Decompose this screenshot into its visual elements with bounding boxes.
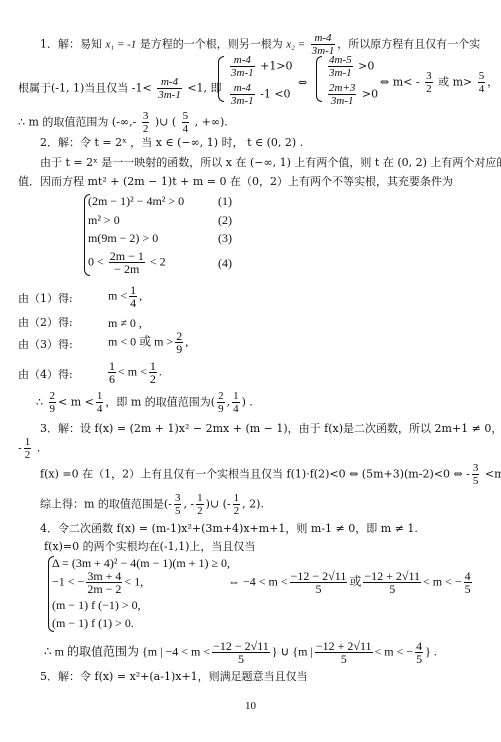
numerator: 4m-5 [328,54,353,67]
numerator: m-4 [230,54,255,67]
fraction: 12 [233,492,241,517]
denominator: 9 [175,343,183,355]
text: ) . [242,396,253,409]
fraction: 14 [96,390,104,415]
numerator: 3 [174,492,182,505]
fraction: m-43m-1 [230,54,255,79]
text: 综上得：m 的取值范围是(- [40,498,172,511]
numerator: 1 [196,492,204,505]
denominator: 3m-1 [328,95,356,107]
p1-sys1-row2: m-43m-1 -1 <0 [228,82,291,107]
numerator: 1 [233,492,241,505]
numerator: 3 [425,70,433,83]
text: < m < − [423,574,462,588]
p3-line4: 综上得：m 的取值范围是(-35, -12)∪ (-12, 2). [40,492,264,517]
text: , [139,288,142,302]
p2-line3: 值．因而方程 mt² + (2m − 1)t + m = 0 在（0，2）上有两… [18,175,453,189]
denominator: 5 [415,653,423,665]
p2-derive-4: 16< m <12. [106,360,162,385]
fraction: 14 [129,284,137,309]
p4-sys-row4: (m − 1) f (1) > 0. [52,616,134,630]
fraction: 45 [464,570,472,595]
p1-sys2-row2: 2m+33m-1 >0 [326,82,378,107]
numerator: m-4 [230,82,255,95]
text: , 2). [242,498,264,511]
numerator: 2m+3 [328,82,356,95]
text: < m < − [375,644,414,658]
p4-sys-row1: Δ = (3m + 4)² − 4(m − 1)(m + 1) ≥ 0, [52,556,230,570]
numerator: m-4 [157,76,182,89]
p4-sys-row2: −1 < −3m + 42m − 2< 1, [52,570,143,595]
numerator: 3 [142,110,150,123]
denominator: 5 [290,583,348,595]
p1-iff: ⇔ [298,76,307,90]
p1-sys2-row1: 4m-53m-1 >0 [326,54,374,79]
p4-line2: f(x)=0 的两个实根均在(-1,1)上，当且仅当 [44,540,255,554]
text: ∴ m 的取值范围为 {m | −4 < m < [44,644,210,658]
p2-cond-3: m(9m − 2) > 0 [88,231,158,245]
p2-derive-1: m <14, [108,284,142,309]
fraction: 35 [472,462,480,487]
text: 或 [349,574,361,588]
denominator: 5 [174,505,182,517]
numerator: m-4 [311,32,336,45]
denominator: 2 [149,373,157,385]
page-number: 10 [0,700,501,712]
p3-line1: 3．解：设 f(x) = (2m + 1)x² − 2mx + (m − 1)，… [40,422,501,436]
denominator: 2 [425,83,433,95]
denominator: 3m-1 [230,67,255,79]
p2-line2: 由于 t = 2ˣ 是一一映射的函数，所以 x 在 (−∞, 1) 上有两个值，… [40,156,501,170]
denominator: 5 [472,475,480,487]
p2-cond-2-tag: (2) [218,213,232,227]
denominator: 9 [49,403,57,415]
p2-cond-1-tag: (1) [218,194,232,208]
text: 1．解：易知 [40,38,106,51]
numerator: 3 [472,462,480,475]
text: )∪ (- [206,498,231,511]
fraction: 14 [232,390,240,415]
text: >0 [355,60,375,73]
p2-cond-1: (2m − 1)² − 4m² > 0 [88,194,184,208]
text: ∴ m 的取值范围为 (-∞,- [18,116,136,129]
fraction: 12 [24,436,32,461]
text: < 2 [150,254,166,268]
text: m < [108,288,127,302]
p2-cond-4-tag: (4) [218,256,232,270]
p1-line2: 根属于(-1, 1)当且仅当 -1< m-43m-1 <1, 即 [18,76,222,101]
denominator: 3m-1 [230,95,255,107]
denominator: 9 [217,403,225,415]
denominator: − 2m [109,263,145,275]
fraction: 29 [49,390,57,415]
denominator: 2 [196,505,204,517]
fraction: −12 − 2√115 [290,570,348,595]
text: < m < [118,364,147,378]
text: ⇔ −4 < m < [228,574,288,588]
denominator: 4 [232,403,240,415]
p1-result: ⇔ m< - 32 或 m> 54， [380,70,498,95]
text: . [33,442,40,455]
p2-derive-4-label: 由（4）得: [18,368,73,382]
p2-derive-2: m ≠ 0 , [108,316,142,330]
fraction: 4m-53m-1 [328,54,353,79]
fraction: 2m+33m-1 [328,82,356,107]
p5-line1: 5．解：令 f(x) = x²+(a-1)x+1，则满足题意当且仅当 [40,670,308,684]
p3-line2: -12 . [18,436,40,461]
p2-cond-2: m² > 0 [88,213,120,227]
p4-sys-row3: (m − 1) f (−1) > 0, [52,598,141,612]
fraction: 32 [425,70,433,95]
text: f(x) =0 在（1，2）上有且仅有一个实根当且仅当 f(1)·f(2)<0 … [40,468,470,481]
denominator: 6 [108,373,116,385]
numerator: 1 [24,436,32,449]
p2-derive-2-label: 由（2）得: [18,316,73,330]
p1-line3: ∴ m 的取值范围为 (-∞,- 32 )∪ ( 54 , +∞). [18,110,228,135]
left-brace [316,56,322,102]
p2-derive-3: m < 0 或 m >29, [108,330,188,355]
p1-sys1-row1: m-43m-1 +1>0 [228,54,293,79]
text: 0 < [88,254,104,268]
text: <m<2. [481,468,501,481]
numerator: 2 [217,390,225,403]
text: } ∪ {m | [272,644,313,658]
fraction: 45 [415,640,423,665]
p2-derive-3-label: 由（3）得: [18,338,73,352]
text: -1 <0 [257,88,291,101]
p2-cond-3-tag: (3) [218,231,232,245]
fraction: 35 [174,492,182,517]
text: 是方程的一个根，则另一根为 [136,38,286,51]
text: ⇔ m< - [380,76,420,89]
text: >0 [358,88,378,101]
fraction: 54 [478,70,486,95]
fraction: 54 [182,110,190,135]
fraction: 12 [149,360,157,385]
left-brace [218,56,224,102]
p3-line3: f(x) =0 在（1，2）上有且仅有一个实根当且仅当 f(1)·f(2)<0 … [40,462,501,487]
fraction: 3m + 42m − 2 [86,570,122,595]
text: , [185,334,188,348]
numerator: 1 [232,390,240,403]
denominator: 4 [182,123,190,135]
text: } . [425,644,437,658]
fraction: m-43m-1 [230,82,255,107]
text: . [159,364,162,378]
p2-conclusion: ∴ 29< m <14，即 m 的取值范围为(29,14) . [36,390,253,415]
p2-line1: 2．解：令 t = 2ˣ ，当 x ∈ (−∞, 1) 时， t ∈ (0, 2… [40,136,303,150]
denominator: 4 [478,83,486,95]
math: x₁ = -1 [106,39,137,51]
text: +1>0 [257,60,293,73]
fraction: m-43m-1 [157,76,182,101]
p4-line1: 4．令二次函数 f(x) = (m-1)x²+(3m+4)x+m+1，则 m-1… [40,522,418,536]
fraction: 12 [196,492,204,517]
p4-equivalent-range: ⇔ −4 < m <−12 − 2√115或−12 + 2√115< m < −… [228,570,474,595]
denominator: 4 [129,297,137,309]
text: - [18,442,22,455]
text: < 1, [124,574,143,588]
text: , +∞). [195,116,228,129]
denominator: 2m − 2 [86,583,122,595]
fraction: 2m − 1− 2m [109,250,145,275]
denominator: 5 [363,583,421,595]
fraction: 16 [108,360,116,385]
numerator: 5 [182,110,190,123]
denominator: 2 [233,505,241,517]
math: x₂ = [286,39,305,51]
text: ，所以原方程有且仅有一个实 [337,38,480,51]
fraction: 29 [175,330,183,355]
text: < m < [58,396,94,409]
denominator: 2 [142,123,150,135]
p2-derive-1-label: 由（1）得: [18,292,73,306]
denominator: 4 [96,403,104,415]
numerator: 1 [96,390,104,403]
fraction: −12 − 2√115 [212,640,270,665]
denominator: 5 [315,653,373,665]
text: , - [183,498,194,511]
text: )∪ ( [155,116,176,129]
denominator: 2 [24,449,32,461]
fraction: −12 + 2√115 [363,570,421,595]
numerator: 2 [49,390,57,403]
fraction: 32 [142,110,150,135]
denominator: 5 [464,583,472,595]
p2-cond-4: 0 < 2m − 1− 2m < 2 [88,250,166,275]
text: 或 m> [438,76,472,89]
text: , [227,396,231,409]
therefore-symbol: ∴ [36,396,43,409]
fraction: −12 + 2√115 [315,640,373,665]
text: <1, 即 [187,82,221,95]
denominator: 3m-1 [328,67,353,79]
text: 根属于(-1, 1)当且仅当 -1< [18,82,152,95]
denominator: 3m-1 [157,89,182,101]
denominator: 5 [212,653,270,665]
text: ， [487,76,498,89]
fraction: 29 [217,390,225,415]
text: m < 0 或 m > [108,334,173,348]
text: ，即 m 的取值范围为( [105,396,215,409]
text: −1 < − [52,574,84,588]
p4-conclusion: ∴ m 的取值范围为 {m | −4 < m <−12 − 2√115} ∪ {… [44,640,437,665]
numerator: 5 [478,70,486,83]
